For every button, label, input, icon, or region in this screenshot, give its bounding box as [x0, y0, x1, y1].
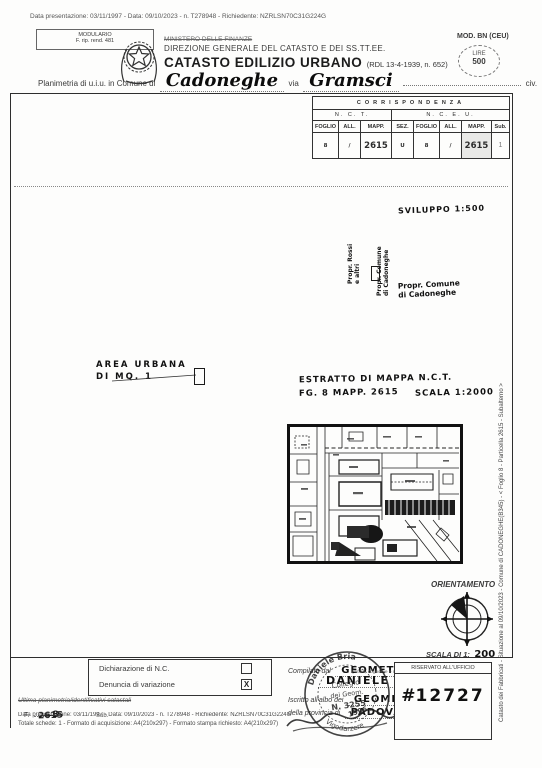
- col-header: FOGLIO: [313, 121, 339, 133]
- scan-header-text: Data presentazione: 03/11/1997 - Data: 0…: [30, 13, 326, 20]
- propr-rossi-note: Propr. Rossi e altri: [347, 244, 361, 284]
- dichiarazione-box: Dichiarazione di N.C. Denuncia di variaz…: [88, 659, 272, 696]
- frame-left-extension: [10, 656, 11, 728]
- group-nceu: N. C. E. U.: [392, 110, 510, 121]
- via-label: via: [289, 79, 299, 88]
- dichiarazione-nc-label: Dichiarazione di N.C.: [99, 664, 169, 673]
- val-sez: U: [392, 133, 414, 159]
- propr-comune-v-l2: di Cadoneghe: [383, 246, 390, 296]
- ultima-planimetria-label: Ultima planimetria/identificativi catast…: [18, 697, 131, 704]
- stamp-line3: N. 3255: [331, 698, 367, 712]
- area-pointer-line: [112, 370, 198, 382]
- direzione-line: DIREZIONE GENERALE DEL CATASTO E DEI SS.…: [164, 44, 386, 53]
- col-header: Sub.: [492, 121, 510, 133]
- orientamento-label: ORIENTAMENTO: [431, 580, 495, 589]
- col-header: MAPP.: [361, 121, 392, 133]
- dotted-separator: [14, 186, 508, 187]
- val-mapp-nct: 2615: [361, 133, 392, 159]
- civ-label: civ.: [526, 79, 537, 88]
- protocollo-stamp-mark: #: [401, 686, 415, 706]
- val-foglio-nct: 8: [313, 133, 339, 159]
- col-header: ALL.: [440, 121, 462, 133]
- riservato-ufficio-label: RISERVATO ALL'UFFICIO: [395, 663, 491, 674]
- document-title-ref: (RDL 13-4-1939, n. 652): [367, 60, 448, 69]
- repeat-scan-line-1: Data presentazione: 03/11/1997 - Data: 0…: [18, 712, 291, 718]
- group-nct: N. C. T.: [313, 110, 392, 121]
- estratto-note-l2: FG. 8 MAPP. 2615: [299, 387, 399, 399]
- planimetria-prefix: Planimetria di u.i.u. in Comune di: [38, 79, 155, 88]
- scala-label: SCALA DI 1:: [426, 650, 470, 659]
- propr-rossi-l2: e altri: [354, 244, 361, 284]
- via-handwritten: Gramsci: [303, 70, 399, 92]
- estratto-scala-note: SCALA 1:2000: [415, 387, 494, 398]
- col-header: FOGLIO: [414, 121, 440, 133]
- cadastral-map-extract: [287, 424, 463, 564]
- ministero-line: MINISTERO DELLE FINANZE: [164, 36, 252, 43]
- mod-bn-label: MOD. BN (CEU): [457, 33, 509, 40]
- document-title: CATASTO EDILIZIO URBANO: [164, 55, 362, 70]
- riservato-box: RISERVATO ALL'UFFICIO #12727: [394, 662, 492, 740]
- protocollo-number: 12727: [416, 686, 485, 706]
- repeat-scan-line-2: Totale schede: 1 - Formato di acquisizio…: [18, 721, 278, 727]
- right-margin-vertical-text: Catasto dei Fabbricati - Situazione al 0…: [499, 320, 505, 722]
- col-header: SEZ.: [392, 121, 414, 133]
- denuncia-variazione-label: Denuncia di variazione: [99, 680, 175, 689]
- propr-rossi-l1: Propr. Rossi: [347, 244, 354, 284]
- dichiarazione-nc-checkbox: [241, 663, 252, 674]
- col-header: ALL.: [339, 121, 361, 133]
- val-mapp-nceu: 2615: [462, 133, 492, 159]
- bollo-lire-value: 500: [459, 57, 499, 66]
- area-parcel-rectangle: [194, 368, 205, 385]
- col-header: MAPP.: [462, 121, 492, 133]
- dotted-leader: [403, 75, 521, 86]
- corrispondenza-title: CORRISPONDENZA: [313, 97, 510, 110]
- scala-value-handwritten: 200: [474, 649, 495, 660]
- comune-handwritten: Cadoneghe: [160, 70, 284, 92]
- propr-comune-note: Propr. Comune di Cadoneghe: [398, 278, 461, 299]
- sviluppo-parcel-rectangle: [371, 266, 380, 281]
- val-all-nct: /: [339, 133, 361, 159]
- geometra-round-stamp: Daniele Bria Vigodarzere Collegio dei Ge…: [301, 648, 393, 740]
- val-sub: 1: [492, 133, 510, 159]
- scanned-cadastral-document: Data presentazione: 03/11/1997 - Data: 0…: [0, 0, 542, 768]
- compass-rose-icon: [438, 590, 496, 646]
- val-all-nceu: /: [440, 133, 462, 159]
- val-foglio-nceu: 8: [414, 133, 440, 159]
- denuncia-variazione-checkbox: X: [241, 679, 252, 690]
- corrispondenza-table: CORRISPONDENZA N. C. T. N. C. E. U. FOGL…: [312, 96, 510, 159]
